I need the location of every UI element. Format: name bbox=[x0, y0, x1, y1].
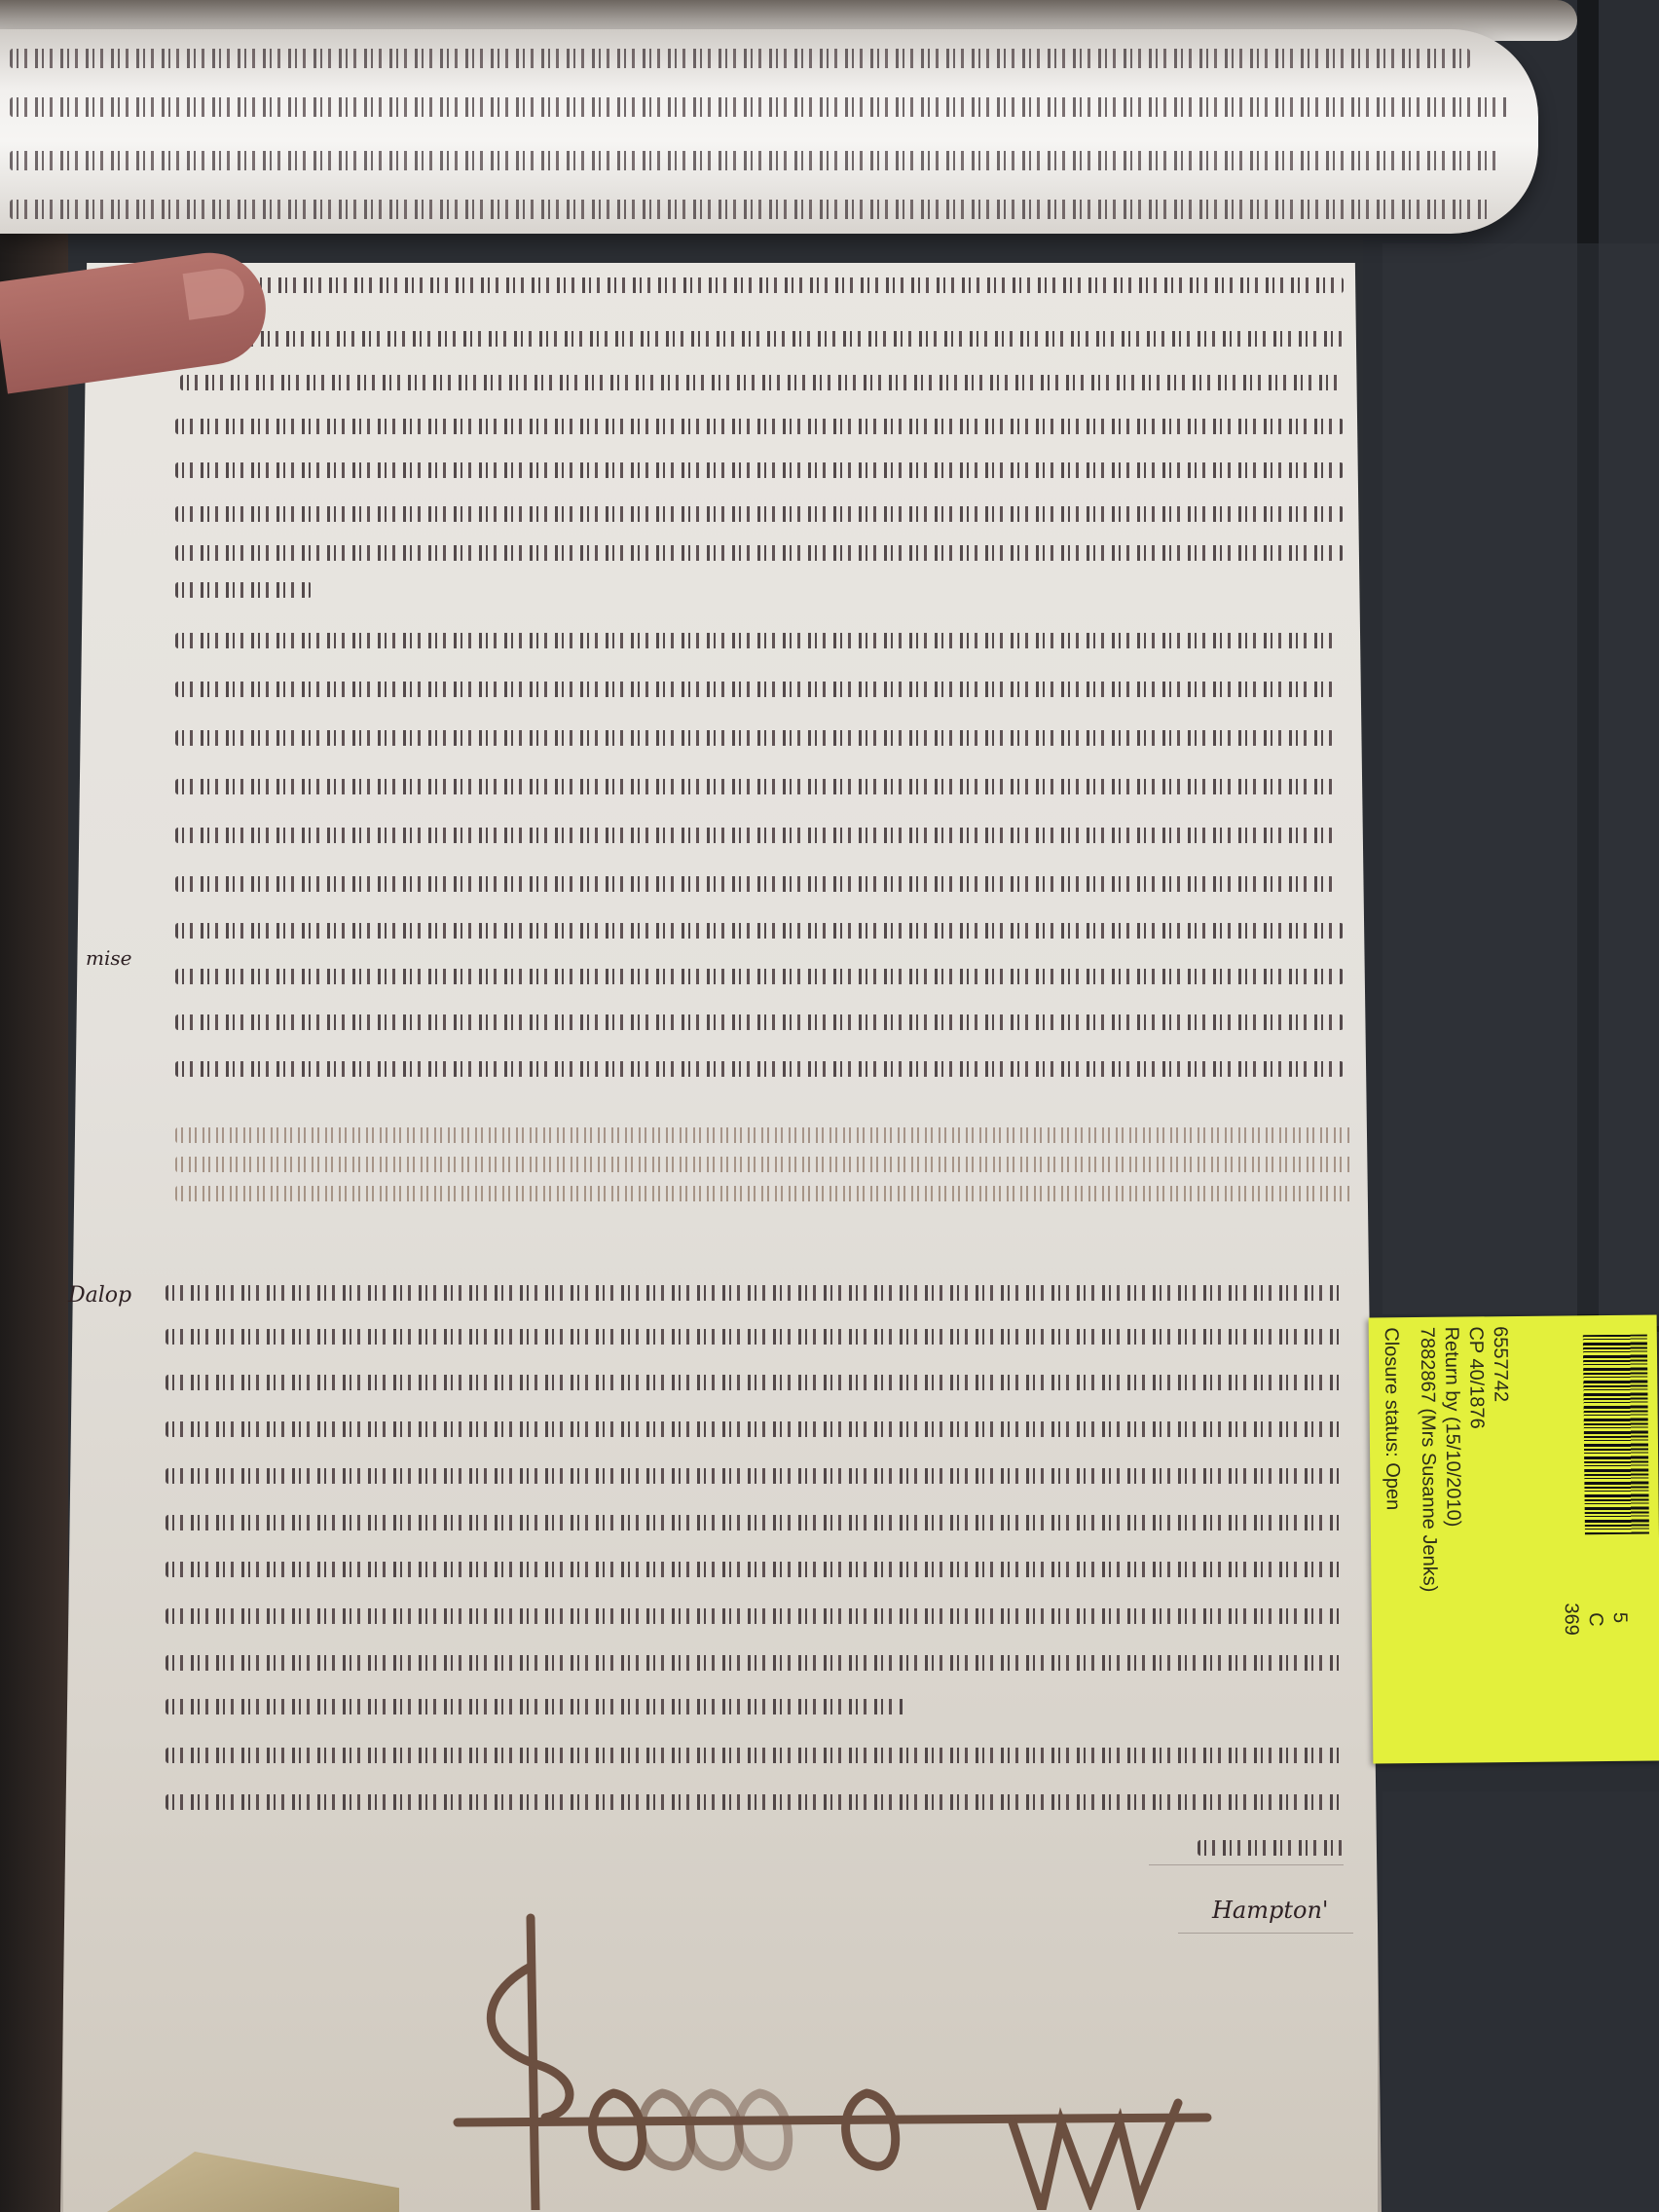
script-line bbox=[175, 545, 1344, 561]
script-line bbox=[166, 1515, 1344, 1530]
script-line bbox=[175, 1014, 1344, 1030]
slip-reader: 7882867 (Mrs Susanne Jenks) bbox=[1416, 1327, 1441, 1593]
script-line bbox=[175, 923, 1344, 939]
slip-text-rotated: 6557742 CP 40/1876 Return by (15/10/2010… bbox=[1369, 1314, 1659, 1763]
slip-reference: CP 40/1876 bbox=[1464, 1326, 1488, 1429]
script-line bbox=[166, 1329, 1344, 1345]
script-line bbox=[166, 1699, 905, 1714]
script-line bbox=[175, 779, 1334, 794]
script-line bbox=[180, 375, 1344, 390]
script-line bbox=[175, 462, 1344, 478]
script-line bbox=[10, 200, 1490, 219]
faded-script-line bbox=[175, 1157, 1353, 1172]
shelfmark-1: 5 bbox=[1608, 1612, 1631, 1623]
script-line bbox=[175, 876, 1334, 892]
script-line bbox=[166, 1655, 1344, 1671]
faded-script-line bbox=[175, 1127, 1353, 1143]
shelf-panel-lower bbox=[1382, 1791, 1659, 2212]
fingernail bbox=[183, 266, 247, 320]
script-line bbox=[185, 331, 1344, 347]
margin-note-mise: mise bbox=[86, 946, 131, 970]
notarial-flourish-icon bbox=[438, 1908, 1275, 2210]
archive-document-slip: 6557742 CP 40/1876 Return by (15/10/2010… bbox=[1369, 1314, 1659, 1763]
script-line bbox=[166, 1375, 1344, 1390]
faded-script-line bbox=[175, 1186, 1353, 1201]
rolled-membrane bbox=[0, 29, 1538, 234]
script-line bbox=[1198, 1840, 1344, 1856]
script-line bbox=[166, 1608, 1344, 1624]
script-line bbox=[166, 1794, 1344, 1810]
ruled-line bbox=[1149, 1864, 1344, 1865]
script-line bbox=[175, 582, 312, 598]
script-line bbox=[166, 1562, 1344, 1577]
slip-return-by: Return by (15/10/2010) bbox=[1440, 1327, 1464, 1528]
script-line bbox=[253, 277, 1344, 293]
script-line bbox=[175, 828, 1334, 843]
shelf-panel bbox=[1382, 243, 1659, 1314]
script-line bbox=[166, 1468, 1344, 1484]
script-line bbox=[175, 969, 1344, 984]
script-line bbox=[10, 151, 1499, 170]
script-line bbox=[166, 1421, 1344, 1437]
shelfmark-3: 369 bbox=[1560, 1603, 1582, 1636]
script-line bbox=[175, 506, 1344, 522]
script-line bbox=[10, 97, 1509, 117]
slip-item-id: 6557742 bbox=[1489, 1326, 1512, 1402]
margin-note-dalop: Dalop bbox=[68, 1283, 131, 1308]
script-line bbox=[175, 633, 1334, 648]
script-line bbox=[166, 1285, 1344, 1301]
script-line bbox=[175, 419, 1344, 434]
script-line bbox=[166, 1748, 1344, 1763]
shelfmark-2: C bbox=[1584, 1612, 1606, 1627]
script-line bbox=[175, 1061, 1344, 1077]
script-line bbox=[175, 730, 1334, 746]
script-line bbox=[10, 49, 1470, 68]
script-line bbox=[175, 682, 1334, 697]
barcode-icon bbox=[1583, 1335, 1649, 1535]
slip-closure-status: Closure status: Open bbox=[1380, 1327, 1404, 1510]
